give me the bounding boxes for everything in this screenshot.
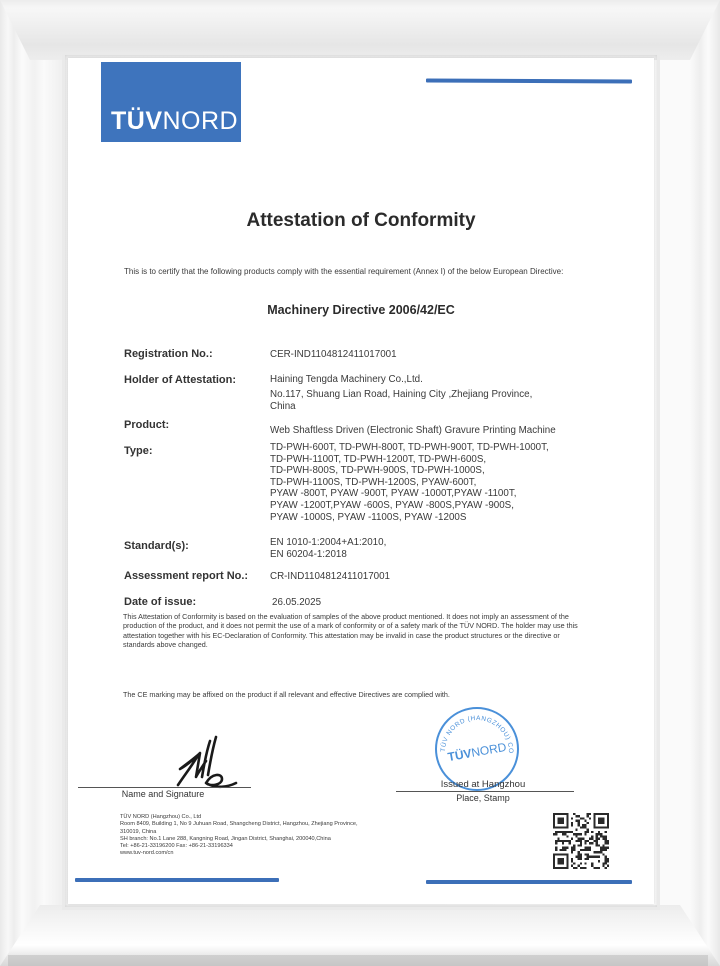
signature-caption: Name and Signature [108, 789, 218, 799]
signature-line [78, 787, 251, 788]
stamp-center-bold: TÜV [446, 745, 472, 764]
product-label: Product: [124, 419, 169, 431]
directive-title: Machinery Directive 2006/42/EC [68, 303, 654, 317]
svg-text:TÜVNORD: TÜVNORD [446, 739, 507, 764]
type-label: Type: [124, 445, 153, 457]
intro-text: This is to certify that the following pr… [124, 267, 574, 277]
footer-rule-right [426, 880, 632, 884]
footer-link[interactable]: www.tuv-nord.com/cn [120, 850, 480, 857]
type-models: TD-PWH-600T, TD-PWH-800T, TD-PWH-900T, T… [270, 442, 549, 523]
frame-top-molding [0, 0, 720, 60]
date-value: 26.05.2025 [272, 597, 321, 609]
standards-label: Standard(s): [124, 540, 189, 552]
holder-company: Haining Tengda Machinery Co.,Ltd. [270, 374, 423, 386]
holder-label: Holder of Attestation: [124, 374, 236, 386]
footer-line: TÜV NORD (Hangzhou) Co., Ltd [120, 814, 480, 821]
standard-line: EN 1010-1:2004+A1:2010, [270, 537, 386, 549]
holder-address-line1: No.117, Shuang Lian Road, Haining City ,… [270, 389, 532, 401]
document-title: Attestation of Conformity [68, 210, 654, 232]
standard-line: EN 60204-1:2018 [270, 549, 386, 561]
registration-label: Registration No.: [124, 348, 213, 360]
footer-line: SH branch: No.1 Lane 288, Kangning Road,… [120, 836, 480, 843]
type-line: PYAW -1200T,PYAW -600S, PYAW -800S,PYAW … [270, 500, 549, 512]
footer-line: Tel: +86-21-33196200 Fax: +86-21-3319633… [120, 843, 480, 850]
frame-bottom-edge [8, 955, 708, 966]
qr-code-icon[interactable] [553, 813, 609, 869]
type-line: TD-PWH-1100S, TD-PWH-1200S, PYAW-600T, [270, 477, 549, 489]
place-caption: Place, Stamp [393, 793, 573, 803]
type-line: TD-PWH-800S, TD-PWH-900S, TD-PWH-1000S, [270, 465, 549, 477]
logo-light-text: NORD [163, 107, 239, 135]
issued-at-text: Issued at Hangzhou [393, 779, 573, 790]
type-line: TD-PWH-600T, TD-PWH-800T, TD-PWH-900T, T… [270, 442, 549, 454]
product-value: Web Shaftless Driven (Electronic Shaft) … [270, 425, 556, 437]
disclaimer-text: This Attestation of Conformity is based … [123, 612, 588, 649]
header-rule [426, 78, 632, 83]
issuer-address-block: TÜV NORD (Hangzhou) Co., Ltd Room 8409, … [120, 814, 480, 858]
type-line: TD-PWH-1100T, TD-PWH-1200T, TD-PWH-600S, [270, 454, 549, 466]
stamp-center-light: NORD [470, 740, 508, 760]
registration-value: CER-IND1104812411017001 [270, 349, 397, 361]
assessment-label: Assessment report No.: [124, 570, 248, 582]
certificate-paper: TÜVNORD Attestation of Conformity This i… [68, 58, 654, 904]
footer-line: Room 8409, Building 1, No 9 Juhuan Road,… [120, 821, 480, 828]
footer-rule-left [75, 878, 279, 882]
tuv-nord-logo: TÜVNORD [101, 62, 241, 142]
date-label: Date of issue: [124, 596, 196, 608]
footer-line: 310019, China [120, 829, 480, 836]
type-line: PYAW -1000S, PYAW -1100S, PYAW -1200S [270, 512, 549, 524]
holder-address-line2: China [270, 401, 296, 413]
type-line: PYAW -800T, PYAW -900T, PYAW -1000T,PYAW… [270, 488, 549, 500]
ce-marking-note: The CE marking may be affixed on the pro… [123, 690, 593, 699]
place-line [396, 791, 574, 792]
assessment-value: CR-IND1104812411017001 [270, 571, 390, 583]
standards-values: EN 1010-1:2004+A1:2010, EN 60204-1:2018 [270, 537, 386, 560]
logo-bold-text: TÜV [111, 107, 163, 135]
signature-icon [166, 733, 246, 793]
